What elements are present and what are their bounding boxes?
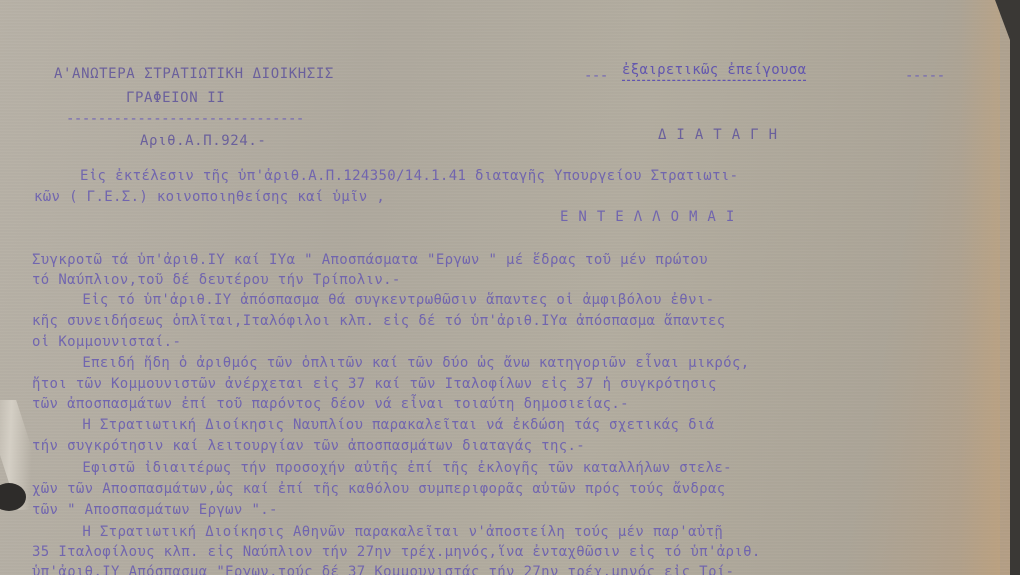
body-line-6: κῆς συνειδήσεως ὁπλῖται,Ιταλόφιλοι κλπ. … [32,313,726,329]
body-line-18: ὑπ'ἀριθ.ΙΥ Απόσπασμα "Εργων,τούς δέ 37 Κ… [32,564,734,575]
body-line-3: Συγκροτῶ τά ὑπ'ἀριθ.ΙΥ καί ΙΥα " Αποσπάσ… [32,252,708,268]
body-line-17: 35 Ιταλοφίλους κλπ. εἰς Ναύπλιον τήν 27η… [32,544,761,560]
body-line-13: Εφιστῶ ἰδιαιτέρως τήν προσοχήν αὐτῆς ἐπί… [56,460,732,476]
body-line-8: Επειδή ἤδη ὁ ἀριθμός τῶν ὁπλιτῶν καί τῶν… [56,355,750,371]
classification-dash-right: ----- [905,68,945,84]
header-separator: ------------------------------ [66,111,304,127]
paper-edge-discoloration [960,0,1000,575]
body-line-5: Εἰς τό ὑπ'ἀριθ.ΙΥ ἀπόσπασμα θά συγκεντρω… [56,292,714,308]
body-line-16: Η Στρατιωτική Διοίκησις Αθηνῶν παρακαλεῖ… [56,524,723,540]
body-line-9: ἤτοι τῶν Κομμουνιστῶν ἀνέρχεται εἰς 37 κ… [32,376,717,392]
body-line-1: Εἰς ἐκτέλεσιν τῆς ὑπ'ἀριθ.Α.Π.124350/14.… [80,168,738,184]
issuing-command: Α'ΑΝΩΤΕΡΑ ΣΤΡΑΤΙΩΤΙΚΗ ΔΙΟΙΚΗΣΙΣ [54,66,334,82]
body-line-12: τήν συγκρότησιν καί λειτουργίαν τῶν ἀποσ… [32,438,585,454]
office-name: ΓΡΑΦΕΙΟΝ ΙΙ [126,90,225,106]
document-type-title: ΔΙΑΤΑΓΗ [658,127,787,143]
reference-number: Αριθ.Α.Π.924.- [140,133,266,149]
body-line-15: τῶν " Αποσπασμάτων Εργων ".- [32,502,278,518]
classification-label: ἐξαιρετικῶς ἐπείγουσα [622,62,806,78]
document-page: Α'ΑΝΩΤΕΡΑ ΣΤΡΑΤΙΩΤΙΚΗ ΔΙΟΙΚΗΣΙΣ ΓΡΑΦΕΙΟΝ… [0,0,1010,575]
body-line-10: τῶν ἀποσπασμάτων ἐπί τοῦ παρόντος δέον ν… [32,396,629,412]
classification-dash-left: --- [584,68,608,84]
order-verb: ΕΝΤΕΛΛΟΜΑΙ [560,209,744,225]
body-line-11: Η Στρατιωτική Διοίκησις Ναυπλίου παρακαλ… [56,417,714,433]
body-line-7: οἱ Κομμουνισταί.- [32,334,181,350]
body-line-14: χῶν τῶν Αποσπασμάτων,ὡς καί ἐπί τῆς καθό… [32,481,726,497]
body-line-2: κῶν ( Γ.Ε.Σ.) κοινοποιηθείσης καί ὑμῖν , [34,189,385,205]
body-line-4: τό Ναύπλιον,τοῦ δέ δευτέρου τήν Τρίπολιν… [32,272,401,288]
